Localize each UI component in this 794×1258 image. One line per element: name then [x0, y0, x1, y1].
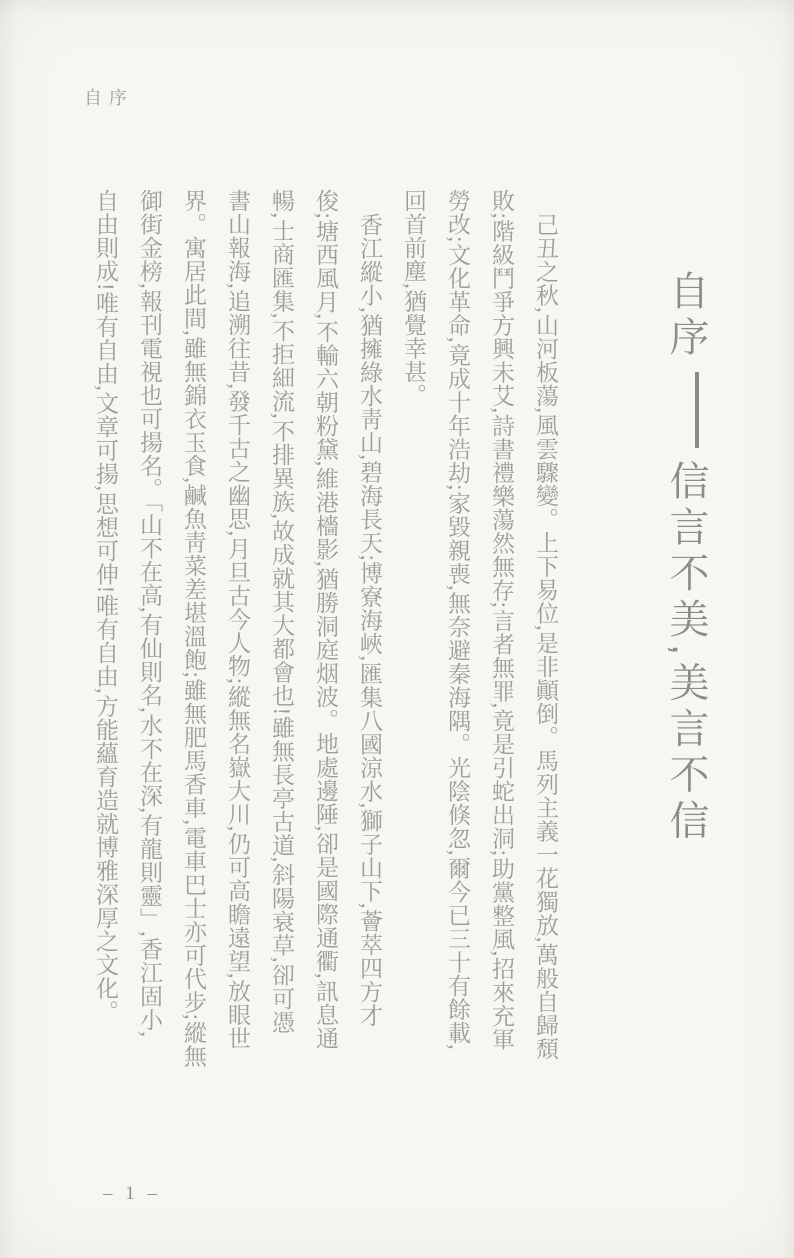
- chapter-title-main: 信言不美,美言不信: [664, 460, 708, 845]
- text-column: 勞改;文化革命,竟成十年浩劫;家毀親喪,無奈避秦海隅。光陰倏忽,爾今已三十有餘載…: [435, 189, 479, 1143]
- preface-body: 己丑之秋,山河板蕩,風雲驟變。上下易位,是非顚倒。馬列主義一花獨放,萬般自歸頹 …: [83, 189, 567, 1143]
- title-dash-line: [695, 372, 699, 448]
- chapter-title-prefix: 自序: [664, 270, 708, 362]
- scanned-book-page: 自序 自序信言不美,美言不信 己丑之秋,山河板蕩,風雲驟變。上下易位,是非顚倒。…: [0, 0, 794, 1258]
- running-header: 自序: [84, 84, 134, 110]
- text-column: 己丑之秋,山河板蕩,風雲驟變。上下易位,是非顚倒。馬列主義一花獨放,萬般自歸頹: [523, 189, 567, 1143]
- text-column: 界。寓居此間,雖無錦衣玉食,鹹魚靑菜差堪溫飽;雖無肥馬香車,電車巴士亦可代步;縱…: [171, 189, 215, 1143]
- text-column: 敗;階級鬥爭方興未艾,詩書禮樂蕩然無存;言者無罪,竟是引蛇出洞;助黨整風,招來充…: [479, 189, 523, 1143]
- text-column: 自由則成!唯有自由,文章可揚,思想可伸!唯有自由,方能蘊育造就博雅深厚之文化。: [83, 189, 127, 1143]
- text-column: 回首前塵,猶覺幸甚。: [391, 189, 435, 1143]
- text-column: 御街金榜,報刊電視也可揚名。「山不在高,有仙則名,水不在深,有龍則靈」,香江固小…: [127, 189, 171, 1143]
- chapter-title: 自序信言不美,美言不信: [660, 270, 712, 845]
- text-column: 俊;塘西風月,不輸六朝粉黛,維港檣影,猶勝洞庭烟波。地處邊陲,卻是國際通衢,訊息…: [303, 189, 347, 1143]
- text-column: 書山報海,追溯往昔,發千古之幽思,月旦古今人物;縱無名嶽大川,仍可高瞻遠望,放眼…: [215, 189, 259, 1143]
- text-column: 香江縱小,猶擁綠水靑山,碧海長天;博寮海峽,匯集八國涼水,獅子山下,薈萃四方才: [347, 189, 391, 1143]
- text-column: 暢,士商匯集,不拒細流,不排異族,故成就其大都會也!雖無長亭古道,斜陽衰草,卻可…: [259, 189, 303, 1143]
- page-number: – 1 –: [103, 1183, 161, 1205]
